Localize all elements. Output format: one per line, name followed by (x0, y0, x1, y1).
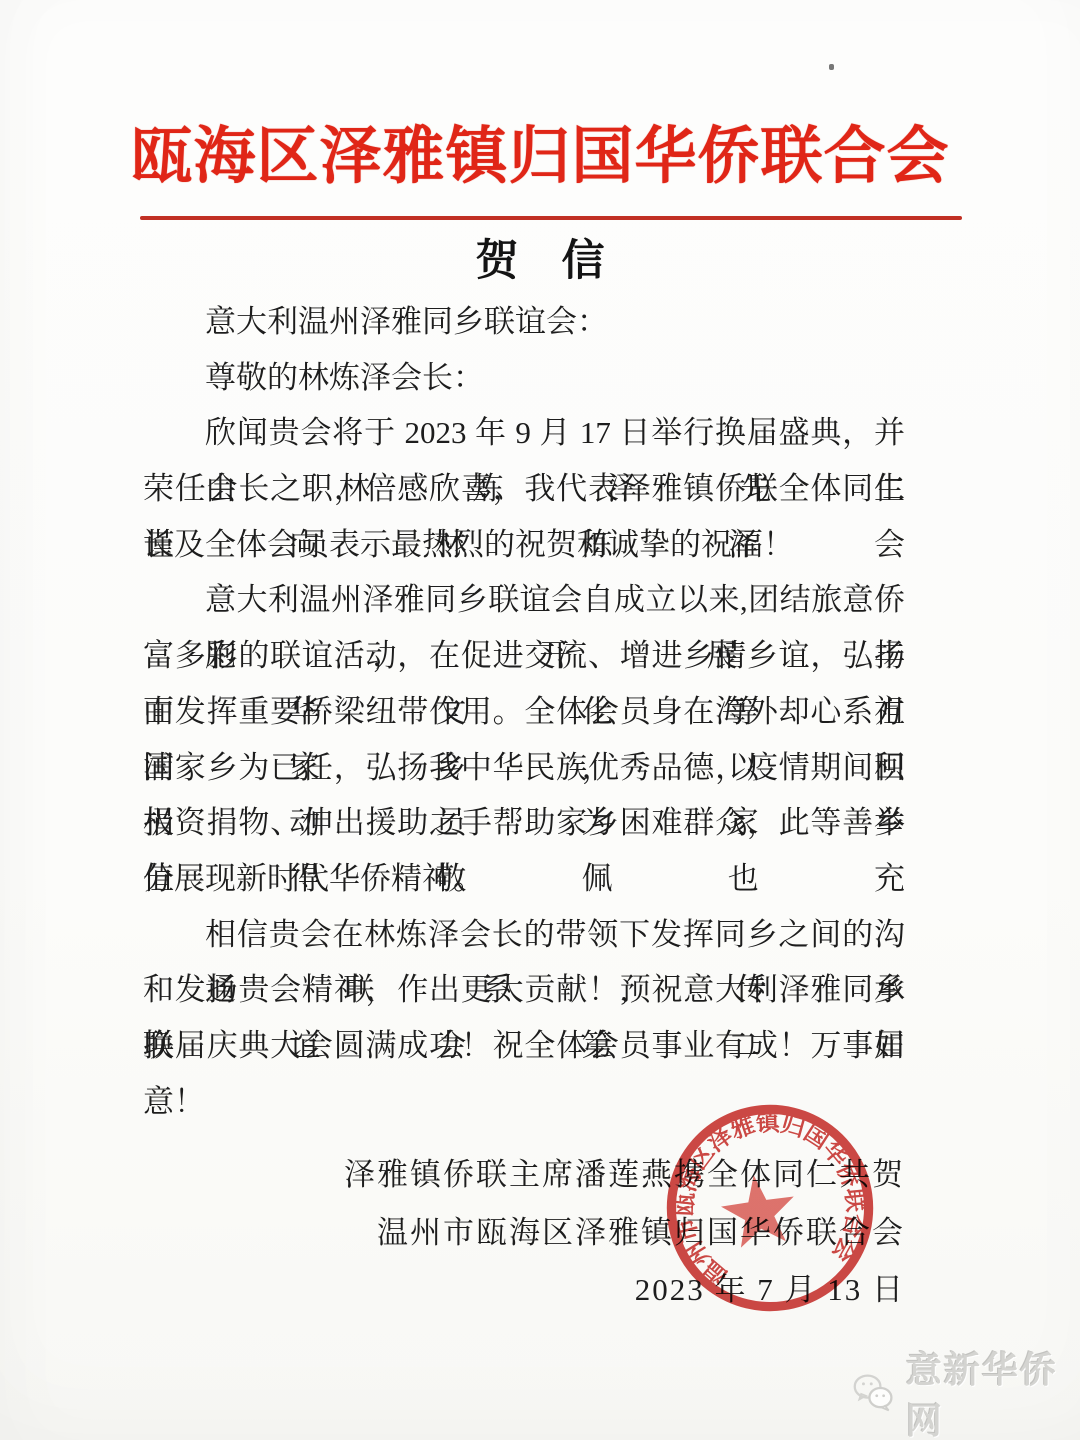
body-line: 换届庆典大会圆满成功！祝全体会员事业有成！万事如意！ (143, 1018, 905, 1074)
signature-block: 泽雅镇侨联主席潘莲燕携全体同仁共贺 温州市瓯海区泽雅镇归国华侨联合会 2023 … (143, 1146, 905, 1319)
scan-artifact-dot (829, 64, 834, 70)
body-line: 荣任会长之职，倍感欣喜，我代表泽雅镇侨联全体同仁谨向林炼泽会 (143, 461, 905, 517)
body-line: 面发挥重要桥梁纽带作用。全体会员身在海外却心系祖国家乡，以回 (143, 684, 905, 740)
wechat-icon (852, 1371, 898, 1415)
body-line: 欣闻贵会将于 2023 年 9 月 17 日举行换届盛典，并由林炼泽先生 (143, 405, 905, 461)
body-line: 相信贵会在林炼泽会长的带领下发挥同乡之间的沟通联系,传承 (143, 907, 905, 963)
letter-body: 意大利温州泽雅同乡联谊会： 尊敬的林炼泽会长： 欣闻贵会将于 2023 年 9 … (143, 294, 905, 1074)
letter-page: 瓯海区泽雅镇归国华侨联合会 贺 信 意大利温州泽雅同乡联谊会： 尊敬的林炼泽会长… (0, 0, 1080, 1440)
letterhead-org-name: 瓯海区泽雅镇归国华侨联合会 (0, 110, 1080, 204)
watermark-label: 意新华侨网 (906, 1342, 1080, 1440)
letterhead-rule (140, 216, 962, 220)
doc-title: 贺 信 (0, 233, 1080, 291)
site-watermark: 意新华侨网 (852, 1370, 1080, 1416)
signature-org: 温州市瓯海区泽雅镇归国华侨联合会 (143, 1204, 905, 1262)
body-line: 和发扬贵会精神，作出更大贡献！预祝意大利泽雅同乡联谊会第二届 (143, 962, 905, 1018)
body-line: 意大利温州泽雅同乡联谊会自成立以来,团结旅意侨胞，开展丰 (143, 572, 905, 628)
body-line: 浦家乡为已任，弘扬我中华民族优秀品德，疫情期间积极动员为家乡 (143, 740, 905, 796)
body-line: 捐资捐物、伸出援助之手帮助家乡困难群众，此等善举值得敬佩也充 (143, 795, 905, 851)
signature-date: 2023 年 7 月 13 日 (143, 1261, 905, 1319)
salutation-president: 尊敬的林炼泽会长： (143, 350, 905, 406)
salutation-association: 意大利温州泽雅同乡联谊会： (143, 294, 905, 350)
body-line: 富多彩的联谊活动，在促进交流、增进乡情乡谊，弘扬中华文化等方 (143, 628, 905, 684)
body-line: 长及全体会员表示最热烈的祝贺和诚挚的祝福！ (143, 517, 905, 573)
signature-sender: 泽雅镇侨联主席潘莲燕携全体同仁共贺 (143, 1146, 905, 1204)
